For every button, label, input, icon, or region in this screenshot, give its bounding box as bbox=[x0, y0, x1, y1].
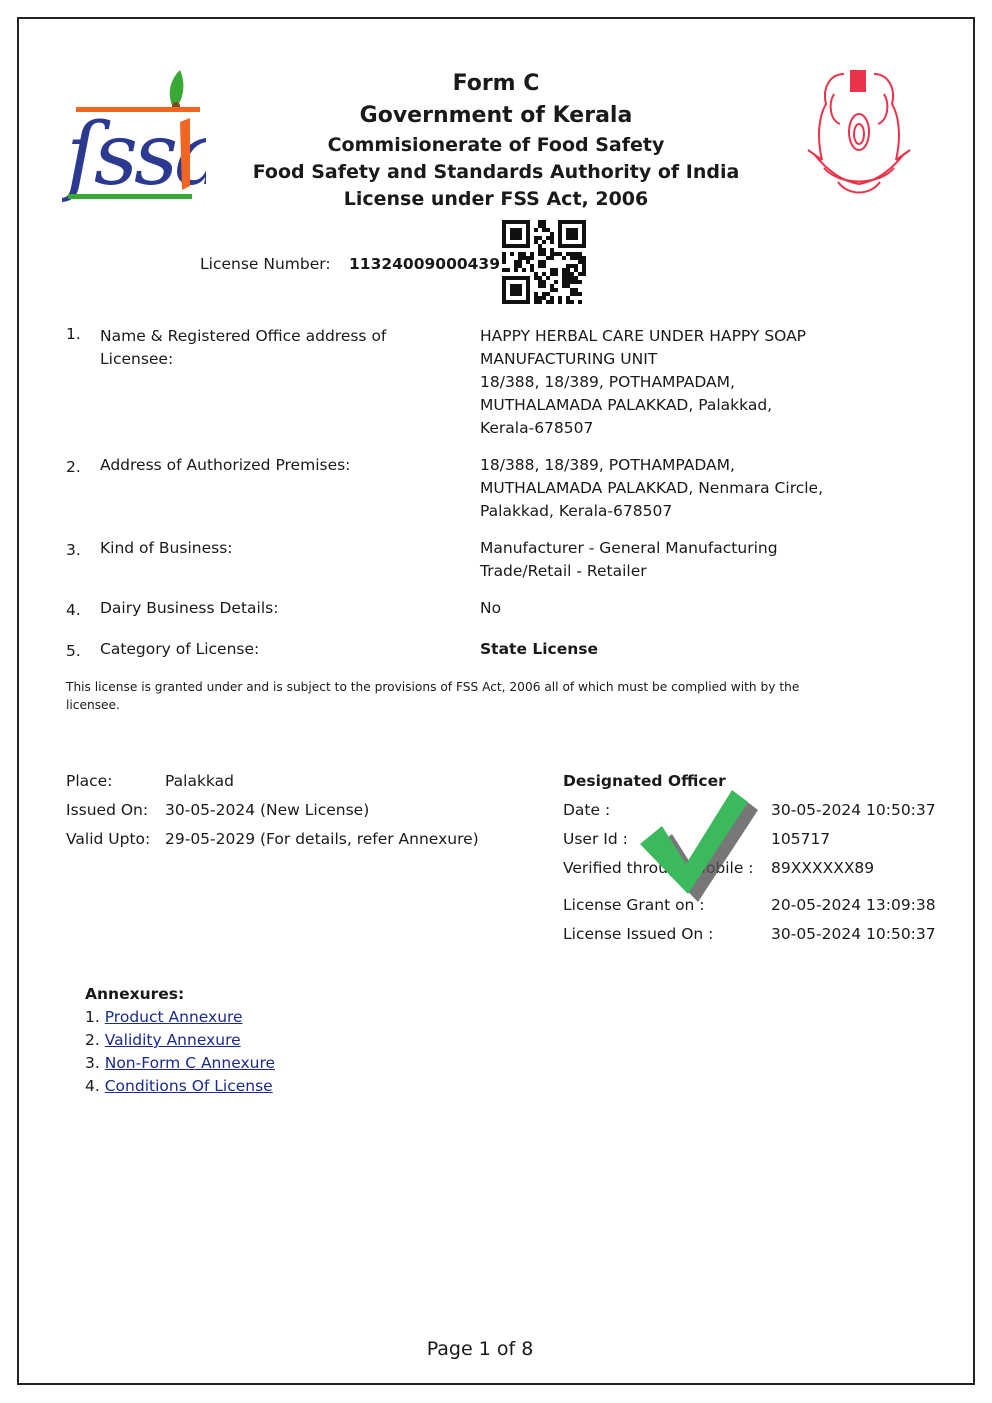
qr-code-icon bbox=[502, 220, 586, 304]
annexures-title: Annexures: bbox=[85, 985, 184, 1003]
item-label: Dairy Business Details: bbox=[100, 597, 430, 620]
officer-row-label: License Issued On : bbox=[563, 925, 713, 943]
item-value: No bbox=[480, 597, 860, 620]
annexure-link[interactable]: Validity Annexure bbox=[105, 1031, 241, 1049]
item-value-line: Kerala-678507 bbox=[480, 417, 860, 440]
item-value-line: MANUFACTURING UNIT bbox=[480, 348, 860, 371]
item-number: 4. bbox=[66, 601, 81, 619]
page-number: Page 1 of 8 bbox=[0, 1338, 960, 1360]
place-value: Palakkad bbox=[165, 772, 234, 790]
item-value-line: MUTHALAMADA PALAKKAD, Nenmara Circle, bbox=[480, 477, 860, 500]
annexure-link[interactable]: Product Annexure bbox=[105, 1008, 243, 1026]
item-value-line: 18/388, 18/389, POTHAMPADAM, bbox=[480, 454, 860, 477]
officer-row-label: Date : bbox=[563, 801, 610, 819]
item-number: 5. bbox=[66, 642, 81, 660]
form-title: Form C bbox=[240, 68, 752, 100]
valid-upto-label: Valid Upto: bbox=[66, 830, 150, 848]
issued-on-value: 30-05-2024 (New License) bbox=[165, 801, 369, 819]
valid-upto-value: 29-05-2029 (For details, refer Annexure) bbox=[165, 830, 479, 848]
header-block: Form C Government of Kerala Commisionera… bbox=[240, 68, 752, 213]
annexure-link[interactable]: Non-Form C Annexure bbox=[105, 1054, 275, 1072]
license-number-label: License Number: bbox=[200, 255, 331, 273]
item-value-line: Palakkad, Kerala-678507 bbox=[480, 500, 860, 523]
item-label: Kind of Business: bbox=[100, 537, 430, 560]
officer-row-value: 89XXXXXX89 bbox=[771, 859, 874, 877]
item-label: Category of License: bbox=[100, 638, 430, 661]
annexure-link[interactable]: Conditions Of License bbox=[105, 1077, 273, 1095]
place-label: Place: bbox=[66, 772, 112, 790]
item-value-line: No bbox=[480, 597, 860, 620]
verified-check-icon bbox=[632, 782, 762, 912]
officer-row-value: 30-05-2024 10:50:37 bbox=[771, 801, 936, 819]
item-value: HAPPY HERBAL CARE UNDER HAPPY SOAPMANUFA… bbox=[480, 325, 860, 440]
item-value-line: HAPPY HERBAL CARE UNDER HAPPY SOAP bbox=[480, 325, 860, 348]
item-value-line: Manufacturer - General Manufacturing bbox=[480, 537, 860, 560]
authority-title: Food Safety and Standards Authority of I… bbox=[240, 159, 752, 186]
annexure-number: 1. bbox=[85, 1008, 100, 1026]
item-value-line: MUTHALAMADA PALAKKAD, Palakkad, bbox=[480, 394, 860, 417]
item-value: Manufacturer - General ManufacturingTrad… bbox=[480, 537, 860, 583]
kerala-emblem-icon bbox=[800, 64, 918, 200]
license-number-value: 11324009000439 bbox=[349, 255, 500, 273]
item-number: 3. bbox=[66, 541, 81, 559]
item-value: State License bbox=[480, 638, 860, 661]
item-value-line: 18/388, 18/389, POTHAMPADAM, bbox=[480, 371, 860, 394]
annexure-number: 2. bbox=[85, 1031, 100, 1049]
annexure-item: 1. Product Annexure bbox=[85, 1008, 243, 1026]
issued-on-label: Issued On: bbox=[66, 801, 148, 819]
annexure-number: 3. bbox=[85, 1054, 100, 1072]
item-value-line: State License bbox=[480, 638, 860, 661]
item-number: 1. bbox=[66, 325, 81, 343]
item-label: Name & Registered Office address of Lice… bbox=[100, 325, 400, 371]
commissionerate-title: Commisionerate of Food Safety bbox=[240, 132, 752, 159]
disclaimer-text: This license is granted under and is sub… bbox=[66, 678, 826, 714]
government-title: Government of Kerala bbox=[240, 100, 752, 132]
act-title: License under FSS Act, 2006 bbox=[240, 186, 752, 213]
officer-row-value: 105717 bbox=[771, 830, 830, 848]
item-label: Address of Authorized Premises: bbox=[100, 454, 430, 477]
annexure-item: 2. Validity Annexure bbox=[85, 1031, 241, 1049]
annexure-item: 3. Non-Form C Annexure bbox=[85, 1054, 275, 1072]
annexure-item: 4. Conditions Of License bbox=[85, 1077, 273, 1095]
officer-row-value: 20-05-2024 13:09:38 bbox=[771, 896, 936, 914]
item-value-line: Trade/Retail - Retailer bbox=[480, 560, 860, 583]
annexure-number: 4. bbox=[85, 1077, 100, 1095]
officer-row-label: User Id : bbox=[563, 830, 628, 848]
officer-row-value: 30-05-2024 10:50:37 bbox=[771, 925, 936, 943]
item-value: 18/388, 18/389, POTHAMPADAM,MUTHALAMADA … bbox=[480, 454, 860, 523]
fssai-logo: ſssa bbox=[62, 66, 206, 206]
item-number: 2. bbox=[66, 458, 81, 476]
